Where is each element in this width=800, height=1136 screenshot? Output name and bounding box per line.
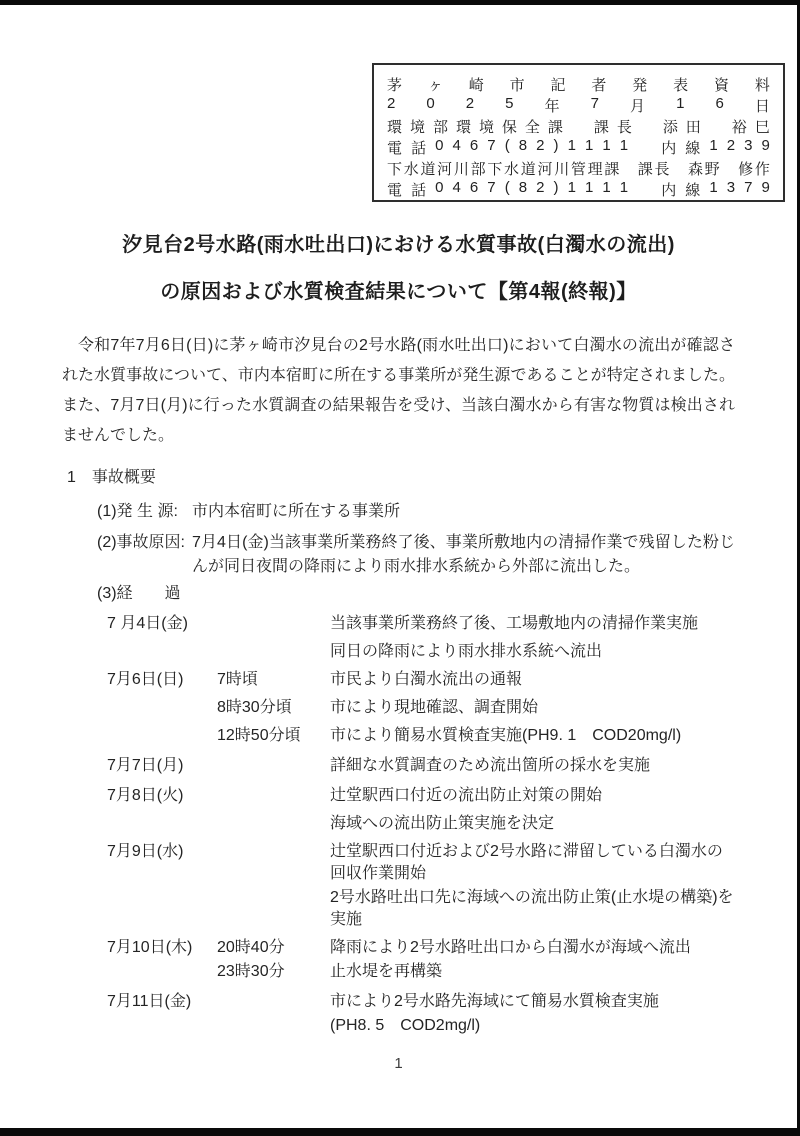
timeline-row: 8時30分頃 市により現地確認、調査開始	[107, 697, 735, 719]
top-edge-bar	[0, 0, 800, 5]
document-page: 茅ヶ崎市記者発表資料 2025年7月16日 環境部環境保全課 課長 添田 裕巳 …	[0, 5, 797, 1128]
timeline-date: 7月8日(火)	[107, 785, 217, 807]
timeline-date	[107, 887, 217, 931]
timeline-date	[107, 813, 217, 835]
timeline-desc: 当該事業所業務終了後、工場敷地内の清掃作業実施	[330, 613, 735, 635]
incident-source-label: (1)発 生 源:	[97, 501, 192, 523]
timeline-row: 7 月4日(金) 当該事業所業務終了後、工場敷地内の清掃作業実施	[107, 613, 735, 635]
document-body: 汐見台2号水路(雨水吐出口)における水質事故(白濁水の流出) の原因および水質検…	[0, 222, 797, 1037]
section-heading: 1 事故概要	[67, 467, 735, 489]
timeline-time	[217, 613, 330, 635]
bottom-edge-bar	[0, 1128, 800, 1136]
timeline-date: 7 月4日(金)	[107, 613, 217, 635]
timeline-time	[217, 841, 330, 885]
document-title-line2: の原因および水質検査結果について【第4報(終報)】	[62, 269, 735, 316]
press-contact-line-phone1: 電話0467(82)1111 内線1239	[387, 137, 770, 158]
timeline-time: 12時50分頃	[217, 725, 330, 747]
timeline-date: 7月7日(月)	[107, 755, 217, 777]
timeline-date	[107, 725, 217, 747]
lead-paragraph: 令和7年7月6日(日)に茅ヶ崎市汐見台の2号水路(雨水吐出口)において白濁水の流…	[62, 331, 735, 451]
timeline-time: 7時頃	[217, 669, 330, 691]
timeline-date: 7月9日(水)	[107, 841, 217, 885]
incident-source-text: 市内本宿町に所在する事業所	[192, 503, 400, 520]
timeline-date	[107, 641, 217, 663]
incident-cause-item: (2)事故原因: 7月4日(金)当該事業所業務終了後、事業所敷地内の清掃作業で残…	[97, 531, 735, 579]
timeline-desc: (PH8. 5 COD2mg/l)	[330, 1015, 735, 1037]
timeline-row: 12時50分頃 市により簡易水質検査実施(PH9. 1 COD20mg/l)	[107, 725, 735, 747]
timeline-desc: 市民より白濁水流出の通報	[330, 669, 735, 691]
press-contact-line-date: 2025年7月16日	[387, 95, 770, 116]
timeline-desc: 市により簡易水質検査実施(PH9. 1 COD20mg/l)	[330, 725, 735, 747]
incident-cause-text: 7月4日(金)当該事業所業務終了後、事業所敷地内の清掃作業で残留した粉じんが同日…	[192, 531, 735, 579]
timeline-row: 同日の降雨により雨水排水系統へ流出	[107, 641, 735, 663]
press-contact-line-org: 茅ヶ崎市記者発表資料	[387, 74, 770, 95]
document-title: 汐見台2号水路(雨水吐出口)における水質事故(白濁水の流出) の原因および水質検…	[62, 222, 735, 316]
timeline-row: 7月10日(木) 20時40分 降雨により2号水路吐出口から白濁水が海域へ流出	[107, 937, 735, 959]
timeline-date	[107, 961, 217, 983]
timeline-time: 8時30分頃	[217, 697, 330, 719]
timeline-row: 7月7日(月) 詳細な水質調査のため流出箇所の採水を実施	[107, 755, 735, 777]
timeline-desc: 市により現地確認、調査開始	[330, 697, 735, 719]
timeline-date: 7月10日(木)	[107, 937, 217, 959]
timeline-time	[217, 755, 330, 777]
timeline-row: 海域への流出防止策実施を決定	[107, 813, 735, 835]
timeline-row: 2号水路吐出口先に海域への流出防止策(止水堤の構築)を実施	[107, 887, 735, 931]
timeline-date: 7月6日(日)	[107, 669, 217, 691]
press-contact-line-division1: 環境部環境保全課 課長 添田 裕巳	[387, 116, 770, 137]
timeline-time: 20時40分	[217, 937, 330, 959]
timeline-row: (PH8. 5 COD2mg/l)	[107, 1015, 735, 1037]
timeline-desc: 同日の降雨により雨水排水系統へ流出	[330, 641, 735, 663]
timeline-desc: 海域への流出防止策実施を決定	[330, 813, 735, 835]
incident-cause-label: (2)事故原因:	[97, 531, 192, 579]
timeline-desc: 辻堂駅西口付近の流出防止対策の開始	[330, 785, 735, 807]
timeline-row: 7月11日(金) 市により2号水路先海域にて簡易水質検査実施	[107, 991, 735, 1013]
timeline-time	[217, 813, 330, 835]
progress-heading: (3)経 過	[97, 583, 735, 605]
timeline-time	[217, 641, 330, 663]
timeline-desc: 降雨により2号水路吐出口から白濁水が海域へ流出	[330, 937, 735, 959]
timeline-desc: 辻堂駅西口付近および2号水路に滞留している白濁水の回収作業開始	[330, 841, 735, 885]
timeline-date	[107, 1015, 217, 1037]
timeline-date	[107, 697, 217, 719]
timeline-time: 23時30分	[217, 961, 330, 983]
document-title-line1: 汐見台2号水路(雨水吐出口)における水質事故(白濁水の流出)	[62, 222, 735, 269]
timeline-time	[217, 1015, 330, 1037]
incident-source-item: (1)発 生 源:市内本宿町に所在する事業所	[97, 501, 735, 523]
timeline-desc: 詳細な水質調査のため流出箇所の採水を実施	[330, 755, 735, 777]
timeline-time	[217, 785, 330, 807]
timeline-desc: 市により2号水路先海域にて簡易水質検査実施	[330, 991, 735, 1013]
timeline-date: 7月11日(金)	[107, 991, 217, 1013]
press-contact-box: 茅ヶ崎市記者発表資料 2025年7月16日 環境部環境保全課 課長 添田 裕巳 …	[372, 63, 785, 202]
timeline-row: 23時30分 止水堤を再構築	[107, 961, 735, 983]
timeline-desc: 2号水路吐出口先に海域への流出防止策(止水堤の構築)を実施	[330, 887, 735, 931]
timeline-row: 7月6日(日) 7時頃 市民より白濁水流出の通報	[107, 669, 735, 691]
timeline-time	[217, 887, 330, 931]
timeline-table: 7 月4日(金) 当該事業所業務終了後、工場敷地内の清掃作業実施 同日の降雨によ…	[107, 613, 735, 1037]
timeline-row: 7月8日(火) 辻堂駅西口付近の流出防止対策の開始	[107, 785, 735, 807]
timeline-row: 7月9日(水) 辻堂駅西口付近および2号水路に滞留している白濁水の回収作業開始	[107, 841, 735, 885]
timeline-time	[217, 991, 330, 1013]
press-contact-line-phone2: 電話0467(82)1111 内線1379	[387, 179, 770, 200]
timeline-desc: 止水堤を再構築	[330, 961, 735, 983]
page-number: 1	[0, 1055, 797, 1072]
press-contact-line-division2: 下水道河川部下水道河川管理課 課長 森野 修作	[387, 158, 770, 179]
